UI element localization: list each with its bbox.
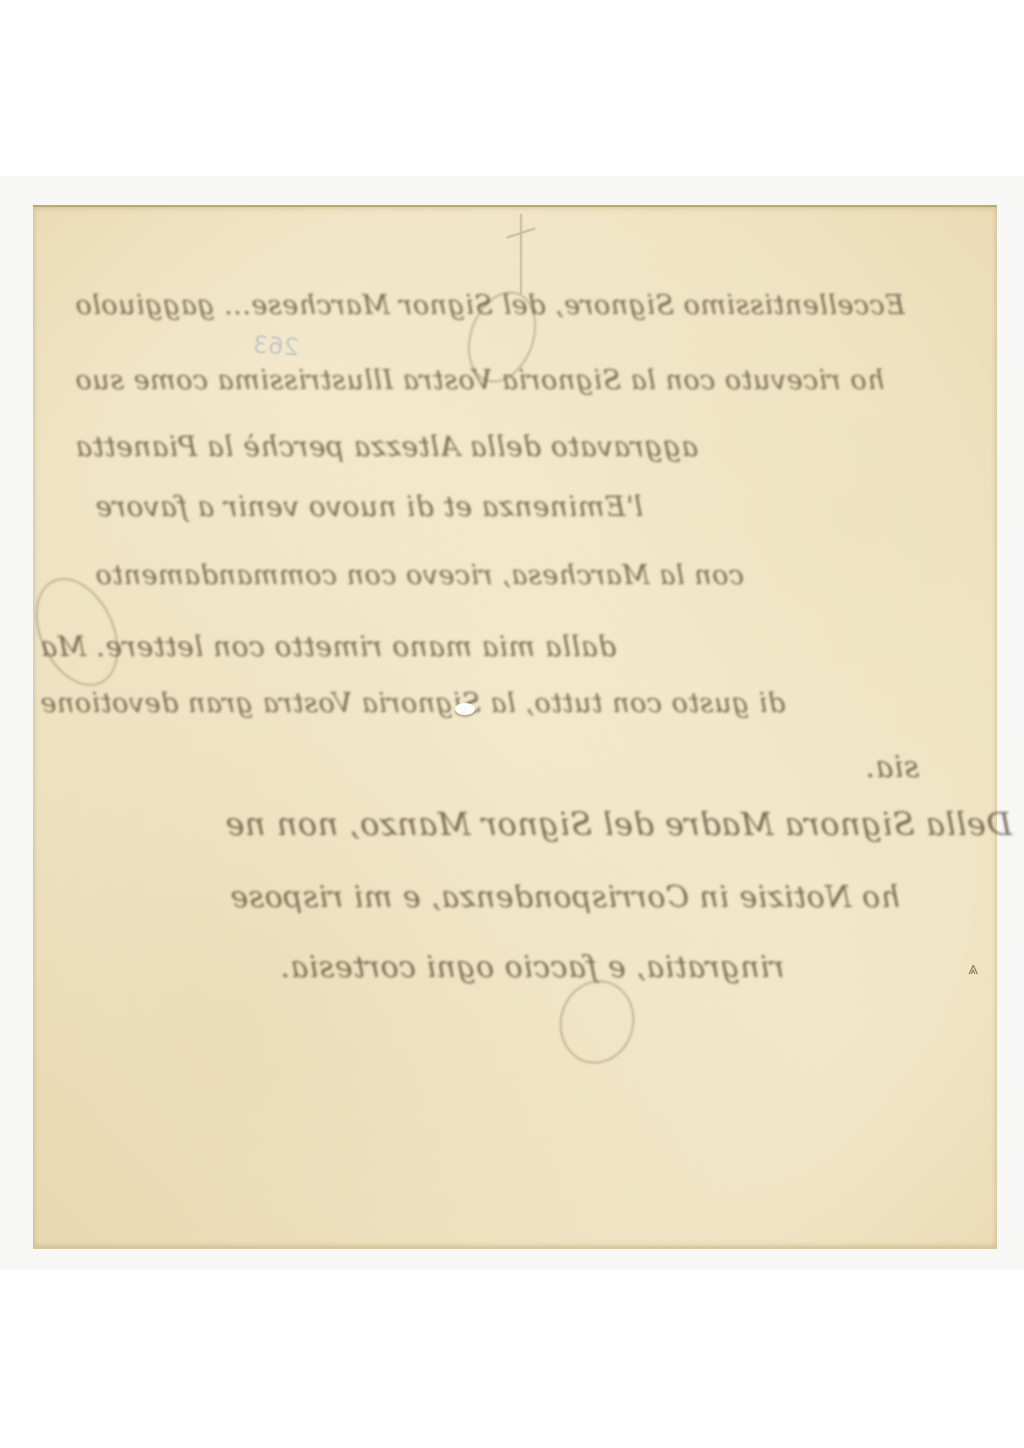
archive-number: 263 — [252, 330, 300, 361]
text-line: dalla mia mano rimetto con lettere. Ma — [40, 630, 616, 663]
cross-mark — [520, 214, 522, 294]
text-line: aggravato della Altezza perchè la Pianet… — [75, 430, 698, 463]
text-line: Eccellentissimo Signore, del Signor Marc… — [75, 290, 905, 321]
text-line: di gusto con tutto, la Signoria Vostra g… — [40, 688, 785, 719]
text-line: con la Marchesa, ricevo con commandament… — [95, 560, 744, 591]
text-line: sia. — [865, 750, 919, 785]
edge-mark: ⩓ — [968, 958, 978, 979]
text-line: l'Eminenza et di nuovo venir a favore — [95, 490, 643, 523]
text-line: Della Signora Madre del Signor Manzo, no… — [225, 805, 1012, 843]
text-line: ho Notizie in Corrispondenza, e mi rispo… — [230, 880, 900, 915]
paper-hole — [455, 703, 475, 715]
text-line: ringratia, e faccio ogni cortesia. — [280, 950, 785, 985]
text-line: ho ricevuto con la Signoria Vostra Illus… — [75, 365, 884, 396]
